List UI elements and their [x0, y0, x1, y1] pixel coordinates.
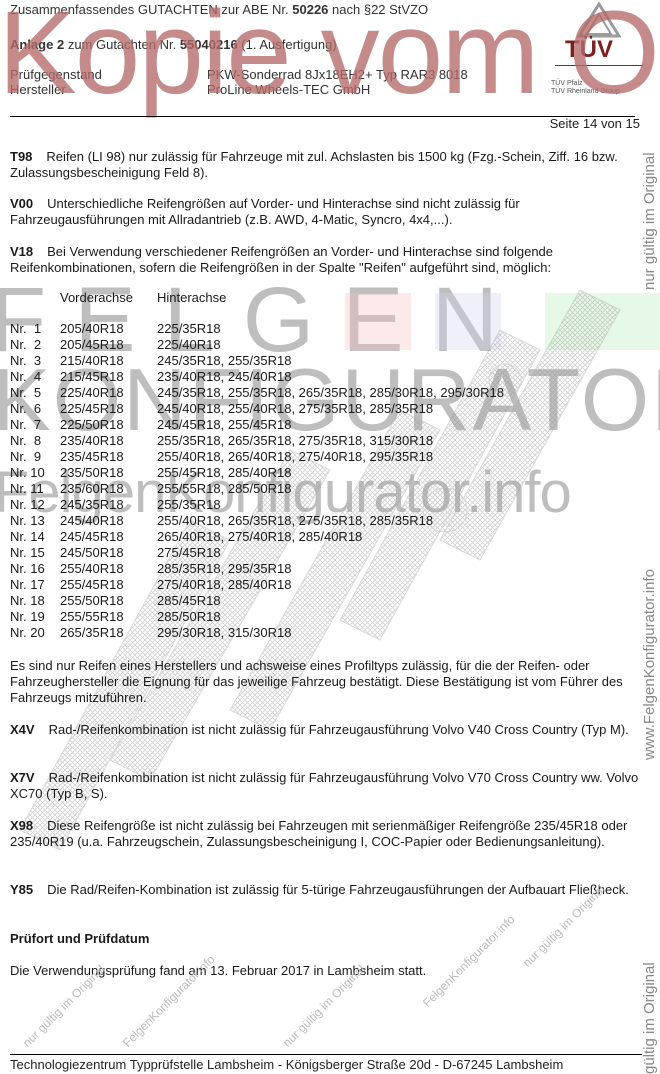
front-axle-size: 225/50R18: [60, 417, 157, 433]
header-divider: [10, 116, 635, 117]
footer-divider: [10, 1054, 642, 1055]
front-axle-size: 245/50R18: [60, 545, 157, 561]
table-row: Nr. 3215/40R18245/35R18, 255/35R18: [10, 353, 504, 369]
rear-axle-sizes: 275/40R18, 285/40R18: [157, 577, 291, 593]
front-axle-size: 265/35R18: [60, 625, 157, 641]
rear-axle-sizes: 265/40R18, 275/40R18, 285/40R18: [157, 529, 362, 545]
front-axle-size: 215/40R18: [60, 353, 157, 369]
table-row: Nr. 18255/50R18285/45R18: [10, 593, 504, 609]
rear-axle-sizes: 285/45R18: [157, 593, 221, 609]
row-number: Nr. 15: [10, 545, 60, 561]
table-row: Nr. 12245/35R18255/35R18: [10, 497, 504, 513]
rear-axle-sizes: 245/35R18, 255/35R18: [157, 353, 291, 369]
row-number: Nr. 17: [10, 577, 60, 593]
table-row: Nr. 13245/40R18255/40R18, 265/35R18, 275…: [10, 513, 504, 529]
front-axle-size: 235/50R18: [60, 465, 157, 481]
table-header: Vorderachse Hinterachse: [10, 290, 504, 306]
rear-axle-sizes: 255/40R18, 265/40R18, 275/40R18, 295/35R…: [157, 449, 433, 465]
rear-axle-sizes: 255/35R18, 265/35R18, 275/35R18, 315/30R…: [157, 433, 433, 449]
row-number: Nr. 5: [10, 385, 60, 401]
table-row: Nr. 14245/45R18265/40R18, 275/40R18, 285…: [10, 529, 504, 545]
rear-axle-sizes: 225/40R18: [157, 337, 221, 353]
note-t98: T98Reifen (LI 98) nur zulässig für Fahrz…: [10, 149, 640, 181]
row-number: Nr. 19: [10, 609, 60, 625]
note-v18: V18Bei Verwendung verschiedener Reifengr…: [10, 244, 640, 276]
row-number: Nr. 10: [10, 465, 60, 481]
row-number: Nr. 9: [10, 449, 60, 465]
rear-axle-sizes: 245/35R18, 255/35R18, 265/35R18, 285/30R…: [157, 385, 504, 401]
front-axle-size: 245/40R18: [60, 513, 157, 529]
front-axle-size: 255/55R18: [60, 609, 157, 625]
rear-axle-sizes: 255/40R18, 265/35R18, 275/35R18, 285/35R…: [157, 513, 433, 529]
rear-axle-sizes: 245/45R18, 255/45R18: [157, 417, 291, 433]
front-axle-size: 225/45R18: [60, 401, 157, 417]
table-row: Nr. 7225/50R18245/45R18, 255/45R18: [10, 417, 504, 433]
front-axle-size: 205/45R18: [60, 337, 157, 353]
row-number: Nr. 16: [10, 561, 60, 577]
front-axle-size: 205/40R18: [60, 321, 157, 337]
row-number: Nr. 8: [10, 433, 60, 449]
table-row: Nr. 2205/45R18225/40R18: [10, 337, 504, 353]
table-row: Nr. 6225/45R18245/40R18, 255/40R18, 275/…: [10, 401, 504, 417]
header-vorderachse: Vorderachse: [60, 290, 157, 306]
front-axle-size: 235/45R18: [60, 449, 157, 465]
note-v00: V00Unterschiedliche Reifengrößen auf Vor…: [10, 196, 640, 228]
watermark-kopie-vom-original: Kopie vom Original: [0, 0, 660, 108]
table-row: Nr. 17255/45R18275/40R18, 285/40R18: [10, 577, 504, 593]
rear-axle-sizes: 275/45R18: [157, 545, 221, 561]
note-x4v: X4VRad-/Reifenkombination ist nicht zulä…: [10, 722, 640, 738]
rear-axle-sizes: 225/35R18: [157, 321, 221, 337]
table-row: Nr. 19255/55R18285/50R18: [10, 609, 504, 625]
table-row: Nr. 15245/50R18275/45R18: [10, 545, 504, 561]
table-row: Nr. 10235/50R18255/45R18, 285/40R18: [10, 465, 504, 481]
front-axle-size: 245/35R18: [60, 497, 157, 513]
front-axle-size: 255/45R18: [60, 577, 157, 593]
rear-axle-sizes: 255/45R18, 285/40R18: [157, 465, 291, 481]
table-row: Nr. 9235/45R18255/40R18, 265/40R18, 275/…: [10, 449, 504, 465]
row-number: Nr. 4: [10, 369, 60, 385]
front-axle-size: 235/40R18: [60, 433, 157, 449]
front-axle-size: 255/50R18: [60, 593, 157, 609]
footer-address: Technologiezentrum Typprüfstelle Lambshe…: [10, 1057, 563, 1072]
note-x98: X98Diese Reifengröße ist nicht zulässig …: [10, 818, 640, 850]
row-number: Nr. 12: [10, 497, 60, 513]
table-row: Nr. 8235/40R18255/35R18, 265/35R18, 275/…: [10, 433, 504, 449]
table-row: Nr. 16255/40R18285/35R18, 295/35R18: [10, 561, 504, 577]
rear-axle-sizes: 255/35R18: [157, 497, 221, 513]
row-number: Nr. 1: [10, 321, 60, 337]
row-number: Nr. 3: [10, 353, 60, 369]
table-row: Nr. 1205/40R18225/35R18: [10, 321, 504, 337]
page-indicator: Seite 14 von 15: [550, 116, 640, 131]
front-axle-size: 245/45R18: [60, 529, 157, 545]
watermark-diag-4: FelgenKonfigurator.info: [420, 912, 518, 1010]
table-row: Nr. 20265/35R18295/30R18, 315/30R18: [10, 625, 504, 641]
table-row: Nr. 4215/45R18235/40R18, 245/40R18: [10, 369, 504, 385]
front-axle-size: 235/60R18: [60, 481, 157, 497]
row-number: Nr. 13: [10, 513, 60, 529]
row-number: Nr. 6: [10, 401, 60, 417]
row-number: Nr. 2: [10, 337, 60, 353]
front-axle-size: 255/40R18: [60, 561, 157, 577]
header-hinterachse: Hinterachse: [157, 290, 226, 306]
front-axle-size: 225/40R18: [60, 385, 157, 401]
rear-axle-sizes: 255/55R18, 285/50R18: [157, 481, 291, 497]
note-x7v: X7VRad-/Reifenkombination ist nicht zulä…: [10, 770, 640, 802]
row-number: Nr. 7: [10, 417, 60, 433]
rear-axle-sizes: 285/50R18: [157, 609, 221, 625]
general-note: Es sind nur Reifen eines Herstellers und…: [10, 658, 640, 706]
rear-axle-sizes: 245/40R18, 255/40R18, 275/35R18, 285/35R…: [157, 401, 433, 417]
watermark-side-top: nur gültig im Original: [641, 120, 658, 290]
row-number: Nr. 11: [10, 481, 60, 497]
rear-axle-sizes: 285/35R18, 295/35R18: [157, 561, 291, 577]
rear-axle-sizes: 295/30R18, 315/30R18: [157, 625, 291, 641]
row-number: Nr. 20: [10, 625, 60, 641]
tire-combination-table: Vorderachse Hinterachse Nr. 1205/40R1822…: [10, 290, 504, 641]
watermark-side-bottom: gültig im Original: [641, 935, 658, 1074]
rear-axle-sizes: 235/40R18, 245/40R18: [157, 369, 291, 385]
table-row: Nr. 11235/60R18255/55R18, 285/50R18: [10, 481, 504, 497]
row-number: Nr. 18: [10, 593, 60, 609]
front-axle-size: 215/45R18: [60, 369, 157, 385]
row-number: Nr. 14: [10, 529, 60, 545]
table-row: Nr. 5225/40R18245/35R18, 255/35R18, 265/…: [10, 385, 504, 401]
watermark-side-mid: www.FelgenKonfigurator.info: [641, 540, 658, 760]
note-y85: Y85Die Rad/Reifen-Kombination ist zuläss…: [10, 882, 640, 898]
